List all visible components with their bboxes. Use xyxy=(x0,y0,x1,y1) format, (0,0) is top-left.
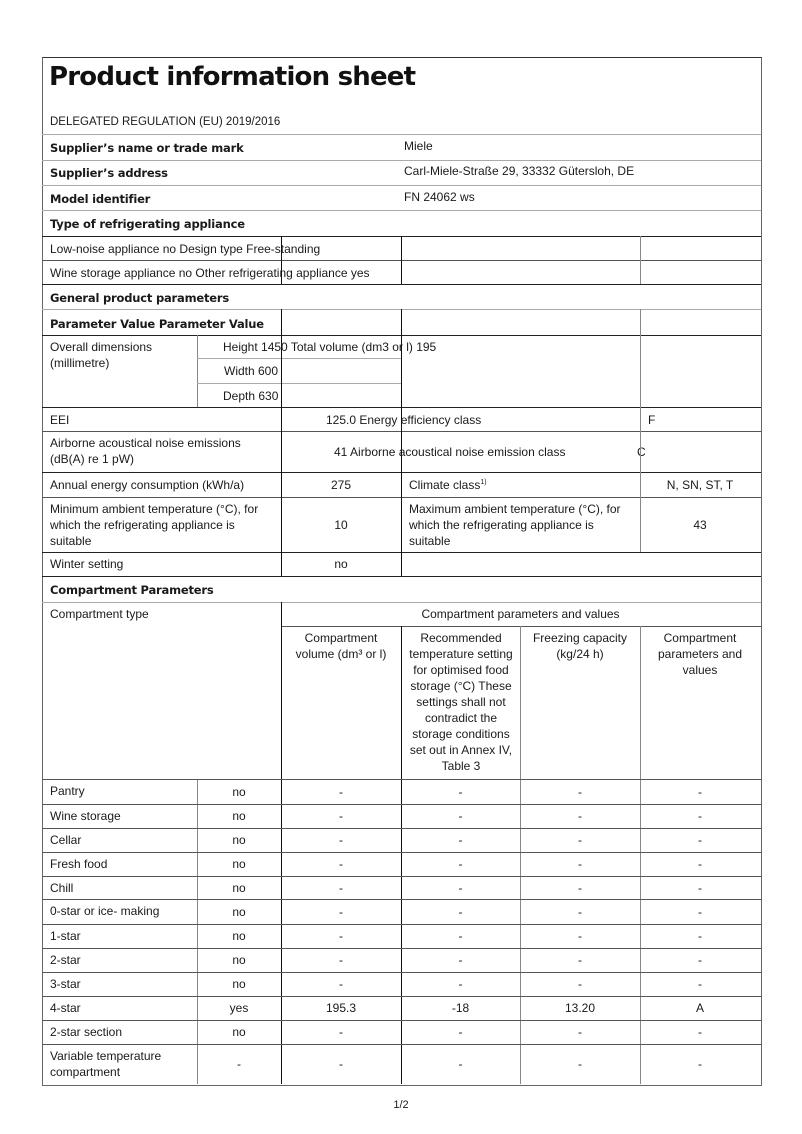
supplier-address-label: Supplier’s address xyxy=(50,165,168,181)
noise-emissions-label: Airborne acoustical noise emissions (dB(… xyxy=(50,435,265,467)
cell-present: no xyxy=(197,976,281,992)
cell-temp: - xyxy=(401,904,520,920)
cell-params: A xyxy=(640,1000,760,1016)
min-ambient-temp-label: Minimum ambient temperature (°C), for wh… xyxy=(50,501,275,549)
model-identifier-label: Model identifier xyxy=(50,191,150,207)
cell-params: - xyxy=(640,928,760,944)
cell-params: - xyxy=(640,904,760,920)
cell-freezing: - xyxy=(520,1056,640,1072)
width-text: Width 600 xyxy=(224,363,278,379)
cell-params: - xyxy=(640,952,760,968)
cell-params: - xyxy=(640,880,760,896)
cell-temp: - xyxy=(401,976,520,992)
compartment-type-label: Chill xyxy=(50,880,190,896)
cell-volume: 195.3 xyxy=(281,1000,401,1016)
cell-volume: - xyxy=(281,928,401,944)
cell-present: - xyxy=(197,1056,281,1072)
cell-volume: - xyxy=(281,952,401,968)
cell-temp: - xyxy=(401,856,520,872)
cell-volume: - xyxy=(281,856,401,872)
cell-temp: - xyxy=(401,928,520,944)
cell-freezing: - xyxy=(520,856,640,872)
column-header-freezing-capacity: Freezing capacity (kg/24 h) xyxy=(524,630,636,662)
winter-setting-label: Winter setting xyxy=(50,556,123,572)
compartment-type-label: Pantry xyxy=(50,783,190,799)
compartment-type-label: 3-star xyxy=(50,976,190,992)
winter-setting-value: no xyxy=(281,556,401,572)
page-number: 1/2 xyxy=(0,1097,802,1113)
cell-params: - xyxy=(640,856,760,872)
compartment-type-label: Cellar xyxy=(50,832,190,848)
cell-present: no xyxy=(197,904,281,920)
compartment-type-label: 2-star section xyxy=(50,1024,190,1040)
cell-present: no xyxy=(197,784,281,800)
cell-params: - xyxy=(640,1024,760,1040)
supplier-name-value: Miele xyxy=(404,138,433,154)
cell-params: - xyxy=(640,832,760,848)
compartment-type-label: Wine storage xyxy=(50,808,190,824)
cell-present: no xyxy=(197,1024,281,1040)
cell-freezing: - xyxy=(520,880,640,896)
compartment-type-header: Compartment type xyxy=(50,606,149,622)
height-volume-text: Height 1450 Total volume (dm3 or l) 195 xyxy=(223,339,436,355)
cell-freezing: - xyxy=(520,904,640,920)
supplier-name-label: Supplier’s name or trade mark xyxy=(50,140,244,156)
cell-volume: - xyxy=(281,808,401,824)
compartment-type-label: Variable temperature compartment xyxy=(50,1048,190,1080)
eei-label: EEI xyxy=(50,412,69,428)
cell-volume: - xyxy=(281,1056,401,1072)
cell-volume: - xyxy=(281,784,401,800)
cell-temp: - xyxy=(401,880,520,896)
type-row-2: Wine storage appliance no Other refriger… xyxy=(50,265,370,281)
cell-freezing: - xyxy=(520,976,640,992)
annual-energy-value: 275 xyxy=(281,477,401,493)
climate-class-value: N, SN, ST, T xyxy=(640,477,760,493)
max-ambient-temp-value: 43 xyxy=(640,517,760,533)
cell-freezing: - xyxy=(520,952,640,968)
annual-energy-label: Annual energy consumption (kWh/a) xyxy=(50,477,244,493)
energy-efficiency-class: F xyxy=(648,412,655,428)
climate-footnote-marker: 1) xyxy=(480,479,486,486)
cell-temp: - xyxy=(401,1024,520,1040)
compartment-type-label: 1-star xyxy=(50,928,190,944)
compartment-group-header: Compartment parameters and values xyxy=(281,606,760,622)
cell-temp: - xyxy=(401,952,520,968)
cell-present: yes xyxy=(197,1000,281,1016)
page-title: Product information sheet xyxy=(49,62,415,92)
cell-temp: - xyxy=(401,808,520,824)
min-ambient-temp-value: 10 xyxy=(281,517,401,533)
cell-freezing: - xyxy=(520,1024,640,1040)
column-header-recommended-temp: Recommended temperature setting for opti… xyxy=(405,630,517,774)
compartment-section-heading: Compartment Parameters xyxy=(50,582,213,598)
column-header-compartment-params: Compartment parameters and values xyxy=(644,630,756,678)
cell-volume: - xyxy=(281,880,401,896)
compartment-type-label: 4-star xyxy=(50,1000,190,1016)
compartment-type-label: Fresh food xyxy=(50,856,190,872)
cell-freezing: - xyxy=(520,928,640,944)
cell-temp: - xyxy=(401,832,520,848)
cell-freezing: - xyxy=(520,784,640,800)
compartment-type-label: 2-star xyxy=(50,952,190,968)
cell-temp: - xyxy=(401,784,520,800)
model-identifier-value: FN 24062 ws xyxy=(404,189,475,205)
noise-value-text: 41 Airborne acoustical noise emission cl… xyxy=(334,444,565,460)
column-header-volume: Compartment volume (dm³ or l) xyxy=(287,630,395,662)
cell-present: no xyxy=(197,808,281,824)
climate-class-label: Climate class1) xyxy=(409,477,487,493)
supplier-address-value: Carl-Miele-Straße 29, 33332 Gütersloh, D… xyxy=(404,163,634,179)
max-ambient-temp-label: Maximum ambient temperature (°C), for wh… xyxy=(409,501,634,549)
cell-freezing: - xyxy=(520,808,640,824)
depth-text: Depth 630 xyxy=(223,388,278,404)
cell-present: no xyxy=(197,928,281,944)
noise-emission-class: C xyxy=(637,444,646,460)
cell-params: - xyxy=(640,976,760,992)
cell-present: no xyxy=(197,880,281,896)
compartment-type-label: 0-star or ice- making xyxy=(50,903,190,919)
cell-freezing: - xyxy=(520,832,640,848)
parameter-header-row: Parameter Value Parameter Value xyxy=(50,316,264,332)
type-row-1: Low-noise appliance no Design type Free-… xyxy=(50,241,320,257)
cell-present: no xyxy=(197,856,281,872)
cell-temp: -18 xyxy=(401,1000,520,1016)
cell-params: - xyxy=(640,808,760,824)
cell-volume: - xyxy=(281,976,401,992)
cell-volume: - xyxy=(281,1024,401,1040)
cell-freezing: 13.20 xyxy=(520,1000,640,1016)
cell-present: no xyxy=(197,832,281,848)
cell-present: no xyxy=(197,952,281,968)
cell-volume: - xyxy=(281,832,401,848)
regulation-reference: DELEGATED REGULATION (EU) 2019/2016 xyxy=(50,114,280,130)
cell-params: - xyxy=(640,784,760,800)
eei-value-text: 125.0 Energy efficiency class xyxy=(326,412,481,428)
cell-volume: - xyxy=(281,904,401,920)
cell-temp: - xyxy=(401,1056,520,1072)
cell-params: - xyxy=(640,1056,760,1072)
dimensions-label: Overall dimensions (millimetre) xyxy=(50,339,190,371)
type-section-heading: Type of refrigerating appliance xyxy=(50,216,245,232)
general-section-heading: General product parameters xyxy=(50,290,229,306)
